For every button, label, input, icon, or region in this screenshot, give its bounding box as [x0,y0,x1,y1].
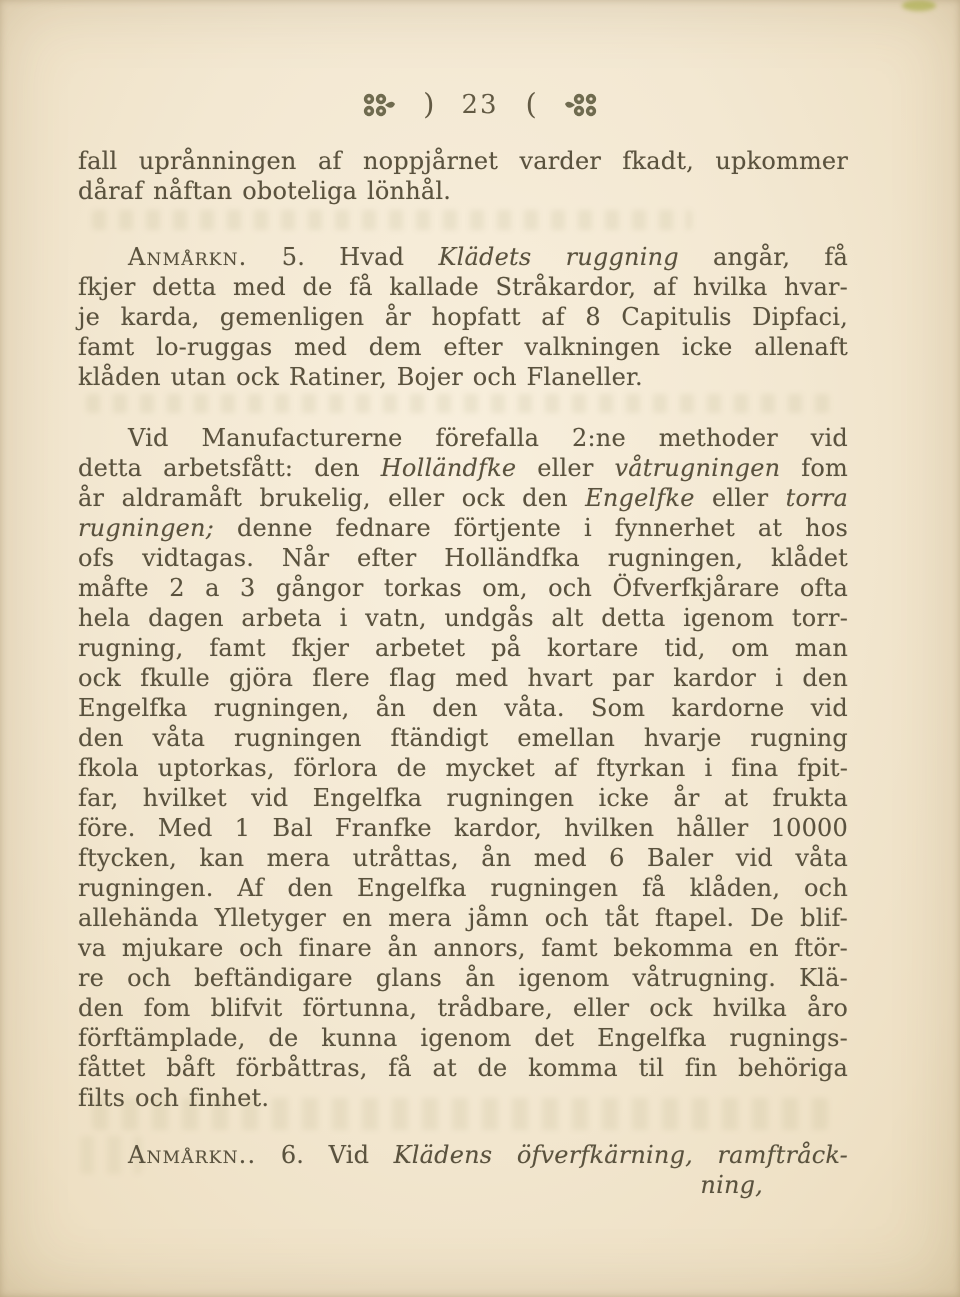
roman-text: måfte 2 a 3 gångor torkas om, och Öfverf… [78,574,848,602]
text-line: fkjer detta med de få kallade Stråkardor… [78,272,848,302]
anmarkning-6: Anmårkn.. 6. Vid Klädens öfverfkärning, … [78,1140,848,1200]
paragraph-methods: Vid Manufacturerne förefalla 2:ne method… [78,423,848,1113]
roman-text: denne fednare förtjente i fynnerhet at h… [214,514,848,542]
roman-text: re och beftändigare glans ån igenom våtr… [78,964,848,992]
page-header: ) 23 ( [0,88,960,122]
text-line: ftycken, kan mera utråttas, ån med 6 Bal… [78,843,848,873]
roman-text: fkjer detta med de få kallade Stråkardor… [78,273,848,301]
roman-text: angår, få [679,243,848,271]
text-line: före. Med 1 Bal Franfke kardor, hvilken … [78,813,848,843]
page-number: 23 [461,90,498,120]
text-line: år aldramåft brukelig, eller ock den Eng… [78,483,848,513]
roman-text: år aldramåft brukelig, eller ock den [78,484,585,512]
text-line: allehända Ylletyger en mera jåmn och tåt… [78,903,848,933]
text-line: va mjukare och finare ån annors, famt be… [78,933,848,963]
italic-text: Klädets ruggning [439,243,679,271]
roman-text: dåraf nåftan oboteliga lönhål. [78,177,451,205]
text-line: re och beftändigare glans ån igenom våtr… [78,963,848,993]
text-line: Engelfka rugningen, ån den våta. Som kar… [78,693,848,723]
roman-text: far, hvilket vid Engelfka rugningen icke… [78,784,848,812]
text-line: den våta rugningen ftändigt emellan hvar… [78,723,848,753]
text-line: je karda, gemenligen år hopfatt af 8 Cap… [78,302,848,332]
italic-text: Klädens öfverfkärning, ramftråck- [394,1141,848,1169]
roman-text: va mjukare och finare ån annors, famt be… [78,934,848,962]
fleuron-ornament-icon [360,91,396,119]
header-open-paren: ) [423,87,434,121]
text-line: ning, [78,1170,848,1200]
roman-text: Engelfka rugningen, ån den våta. Som kar… [78,694,848,722]
italic-text: rugningen; [78,514,214,542]
text-line: fkola uptorkas, förlora de mycket af fty… [78,753,848,783]
roman-text: ofs vidtagas. Når efter Holländfka rugni… [78,544,848,572]
text-line: Vid Manufacturerne förefalla 2:ne method… [78,423,848,453]
text-line: Anmårkn. 5. Hvad Klädets ruggning angår,… [78,242,848,272]
roman-text: klåden utan ock Ratiner, Bojer och Flane… [78,363,643,391]
roman-text: eller [516,454,614,482]
roman-text: eller [695,484,786,512]
roman-text: hela dagen arbeta i vatn, undgås alt det… [78,604,848,632]
roman-text: 6. Vid [256,1141,393,1169]
text-line: far, hvilket vid Engelfka rugningen icke… [78,783,848,813]
text-line: måfte 2 a 3 gångor torkas om, och Öfverf… [78,573,848,603]
roman-text: den våta rugningen ftändigt emellan hvar… [78,724,848,752]
text-line: dåraf nåftan oboteliga lönhål. [78,176,848,206]
roman-text: förftämplade, de kunna igenom det Engelf… [78,1024,848,1052]
paragraph-continuation: fall uprånningen af noppjårnet varder fk… [78,146,848,206]
paper-stain [902,0,936,11]
fleuron-ornament-icon [564,91,600,119]
roman-text: före. Med 1 Bal Franfke kardor, hvilken … [78,814,848,842]
text-line: hela dagen arbeta i vatn, undgås alt det… [78,603,848,633]
roman-text: den fom blifvit förtunna, trådbare, elle… [78,994,848,1022]
roman-text: rugning, famt fkjer arbetet på kortare t… [78,634,848,662]
italic-text: Holländfke [381,454,517,482]
roman-text: famt lo-ruggas med dem efter valkningen … [78,333,848,361]
smallcaps-text: Anmårkn. [128,243,248,271]
italic-text: ning, [700,1171,763,1199]
roman-text: ftycken, kan mera utråttas, ån med 6 Bal… [78,844,848,872]
roman-text: fom [780,454,848,482]
roman-text: fall uprånningen af noppjårnet varder fk… [78,147,848,175]
text-line: fåttet båft förbåttras, få at de komma t… [78,1053,848,1083]
italic-text: Engelfke [585,484,694,512]
text-line: fall uprånningen af noppjårnet varder fk… [78,146,848,176]
roman-text: ock fkulle gjöra flere flag med hvart pa… [78,664,848,692]
text-line: den fom blifvit förtunna, trådbare, elle… [78,993,848,1023]
text-block: fall uprånningen af noppjårnet varder fk… [78,146,848,1200]
header-close-paren: ( [526,87,537,121]
italic-text: torra [786,484,848,512]
text-line: ock fkulle gjöra flere flag med hvart pa… [78,663,848,693]
roman-text: je karda, gemenligen år hopfatt af 8 Cap… [78,303,848,331]
text-line: klåden utan ock Ratiner, Bojer och Flane… [78,362,848,392]
text-line: filts och finhet. [78,1083,848,1113]
anmarkning-5: Anmårkn. 5. Hvad Klädets ruggning angår,… [78,242,848,392]
text-line: ofs vidtagas. Når efter Holländfka rugni… [78,543,848,573]
roman-text: rugningen. Af den Engelfka rugningen få … [78,874,848,902]
roman-text: Vid Manufacturerne förefalla 2:ne method… [128,424,848,452]
roman-text: fkola uptorkas, förlora de mycket af fty… [78,754,848,782]
italic-text: våtrugningen [614,454,780,482]
book-page: ) 23 ( fall uprånningen [0,0,960,1297]
roman-text: detta arbetsfått: den [78,454,381,482]
text-line: detta arbetsfått: den Holländfke eller v… [78,453,848,483]
roman-text: 5. Hvad [248,243,439,271]
text-line: rugningen; denne fednare förtjente i fyn… [78,513,848,543]
text-line: rugningen. Af den Engelfka rugningen få … [78,873,848,903]
text-line: famt lo-ruggas med dem efter valkningen … [78,332,848,362]
smallcaps-text: Anmårkn.. [128,1141,256,1169]
text-line: förftämplade, de kunna igenom det Engelf… [78,1023,848,1053]
roman-text: allehända Ylletyger en mera jåmn och tåt… [78,904,848,932]
roman-text: fåttet båft förbåttras, få at de komma t… [78,1054,848,1082]
roman-text: filts och finhet. [78,1084,269,1112]
text-line: Anmårkn.. 6. Vid Klädens öfverfkärning, … [78,1140,848,1170]
text-line: rugning, famt fkjer arbetet på kortare t… [78,633,848,663]
